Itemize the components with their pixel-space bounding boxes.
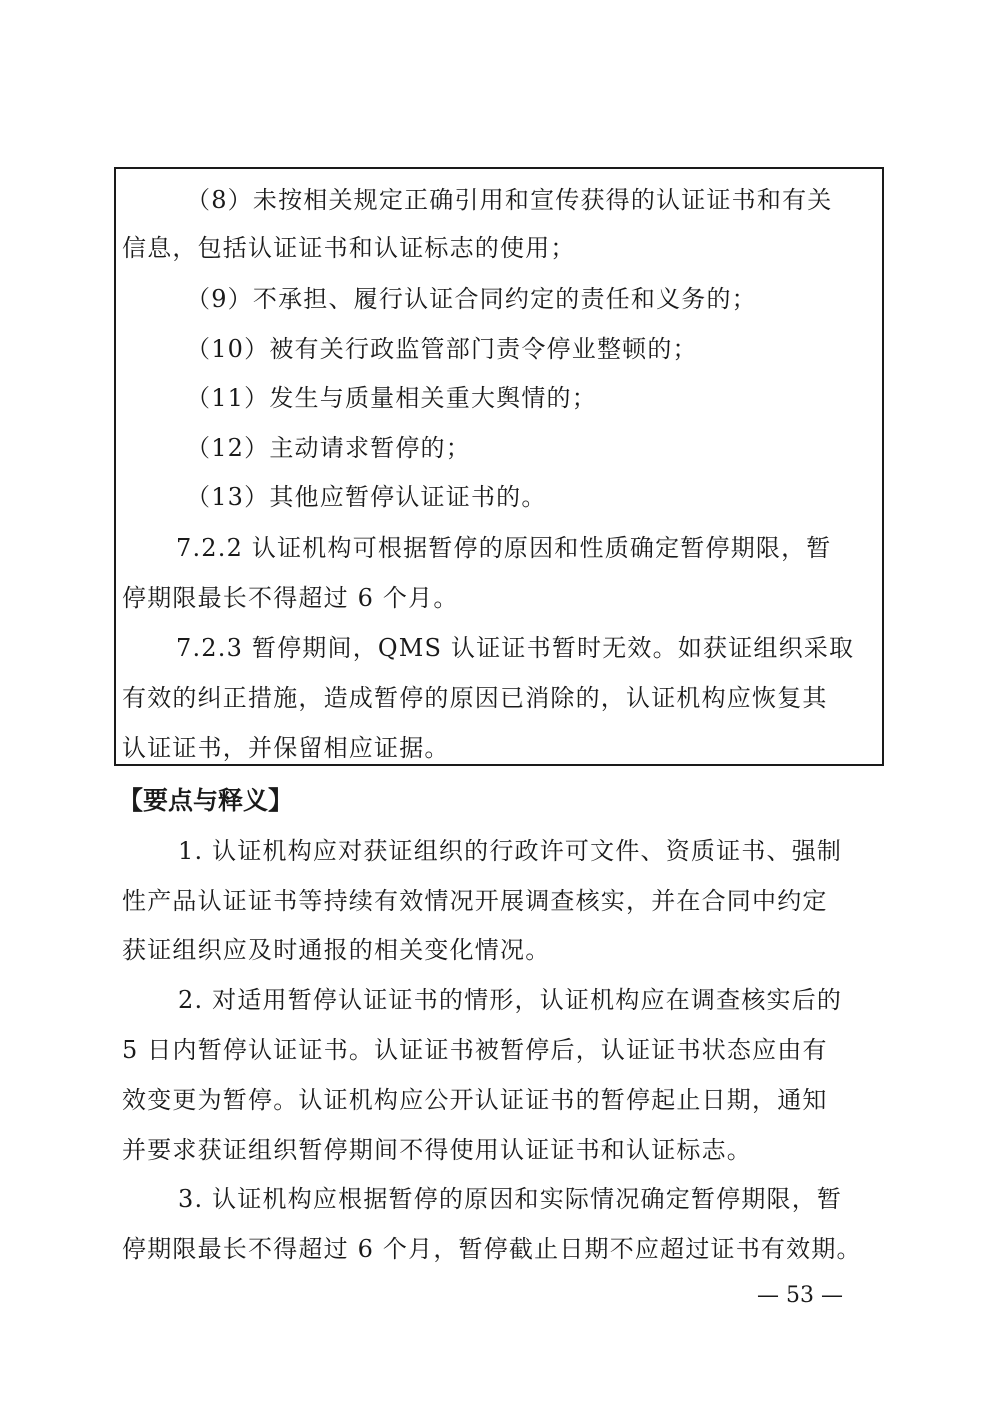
clause-line: （12）主动请求暂停的； <box>186 433 471 463</box>
explanation-line: 性产品认证证书等持续有效情况开展调查核实，并在合同中约定 <box>122 886 828 916</box>
clause-line: 信息，包括认证证书和认证标志的使用； <box>122 233 576 263</box>
explanation-line: 2. 对适用暂停认证证书的情形，认证机构应在调查核实后的 <box>178 985 842 1015</box>
explanation-line: 获证组织应及时通报的相关变化情况。 <box>122 935 550 965</box>
clause-line: （9）不承担、履行认证合同约定的责任和义务的； <box>186 284 757 314</box>
explanation-line: 并要求获证组织暂停期间不得使用认证证书和认证标志。 <box>122 1135 752 1165</box>
clause-line: 停期限最长不得超过 6 个月。 <box>122 583 459 613</box>
explanation-line: 停期限最长不得超过 6 个月，暂停截止日期不应超过证书有效期。 <box>122 1234 862 1264</box>
explanation-line: 效变更为暂停。认证机构应公开认证证书的暂停起止日期，通知 <box>122 1085 828 1115</box>
page-number: — 53 — <box>757 1283 843 1309</box>
clause-line: （8）未按相关规定正确引用和宣传获得的认证证书和有关 <box>186 185 832 215</box>
section-heading: 【要点与释义】 <box>118 786 293 816</box>
clause-line: （13）其他应暂停认证证书的。 <box>186 482 547 512</box>
clause-line: 认证证书，并保留相应证据。 <box>122 733 450 763</box>
clause-line: （10）被有关行政监管部门责令停业整顿的； <box>186 334 698 364</box>
clause-line: 7.2.3 暂停期间，QMS 认证证书暂时无效。如获证组织采取 <box>176 633 854 663</box>
explanation-line: 1. 认证机构应对获证组织的行政许可文件、资质证书、强制 <box>178 836 842 866</box>
clause-line: 7.2.2 认证机构可根据暂停的原因和性质确定暂停期限，暂 <box>176 533 832 563</box>
explanation-line: 3. 认证机构应根据暂停的原因和实际情况确定暂停期限，暂 <box>178 1184 842 1214</box>
clause-line: 有效的纠正措施，造成暂停的原因已消除的，认证机构应恢复其 <box>122 683 828 713</box>
clause-line: （11）发生与质量相关重大舆情的； <box>186 383 597 413</box>
explanation-line: 5 日内暂停认证证书。认证证书被暂停后，认证证书状态应由有 <box>122 1035 828 1065</box>
